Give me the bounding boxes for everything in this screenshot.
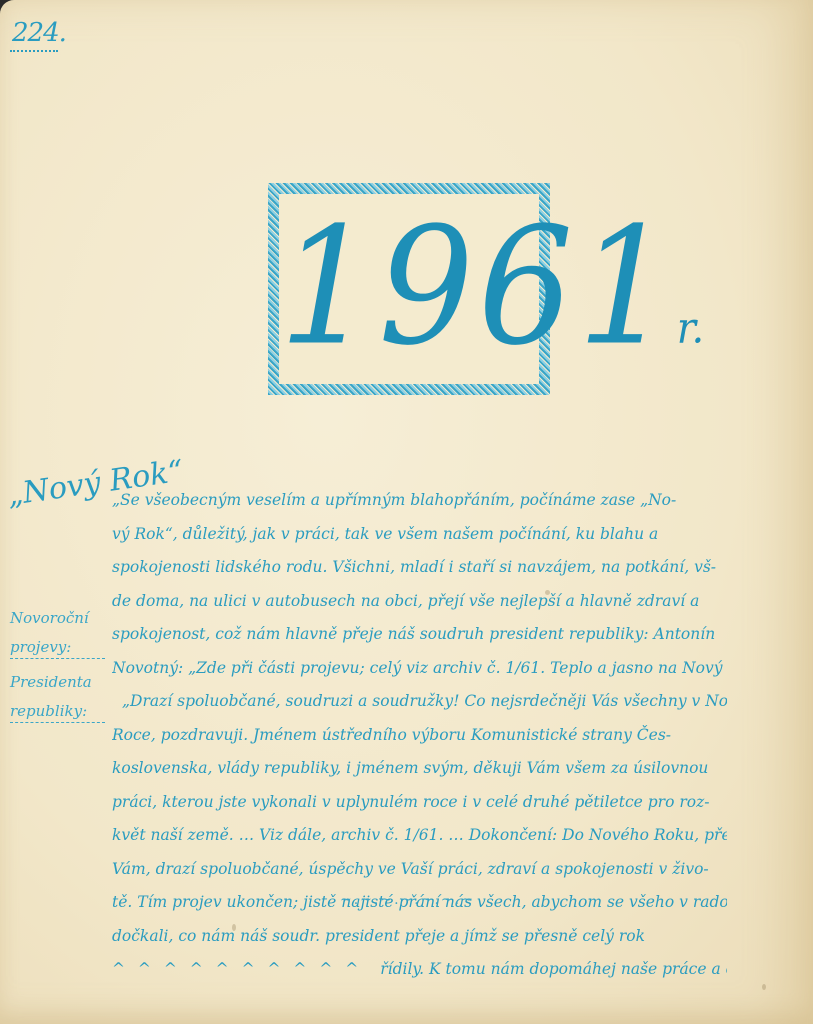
text-line: práci, kterou jste vykonali v uplynulém …: [112, 786, 727, 820]
paper-spot: [232, 924, 236, 931]
text-line: květ naší země. … Viz dále, archiv č. 1/…: [112, 819, 727, 853]
year-title-frame: 1961r.: [268, 183, 550, 395]
text-line: Roce, pozdravuji. Jménem ústředního výbo…: [112, 719, 727, 753]
margin-note-new-year-speeches: Novoroční projevy:: [10, 600, 105, 659]
margin-note-line: Novoroční: [10, 600, 105, 636]
page-number: 224.: [12, 18, 66, 48]
year-title: 1961r.: [279, 196, 539, 421]
paper-spot: [762, 984, 766, 990]
line-filler-marks: ^ ^ ^ ^ ^ ^ ^ ^ ^ ^: [112, 960, 362, 978]
text-line: dočkali, co nám náš soudr. president pře…: [112, 920, 727, 954]
chronicle-page: 224. 1961r. „Nový Rok“ Novoroční projevy…: [0, 0, 813, 1024]
margin-note-line: Presidenta: [10, 664, 105, 700]
margin-note-line: republiky:: [10, 700, 105, 723]
year-title-suffix: r.: [677, 304, 704, 354]
text-line: „Drazí spoluobčané, soudruzi a soudružky…: [112, 685, 727, 719]
text-line: de doma, na ulici v autobusech na obci, …: [112, 585, 727, 619]
paper-spot: [545, 590, 550, 595]
text-line: „Se všeobecným veselím a upřímným blahop…: [112, 484, 727, 518]
end-flourish: ~.~.~.~.~.~.~: [340, 892, 475, 908]
text-line: Vám, drazí spoluobčané, úspěchy ve Vaší …: [112, 853, 727, 887]
text-line: spokojenosti lidského rodu. Všichni, mla…: [112, 551, 727, 585]
margin-note-line: projevy:: [10, 636, 105, 659]
chronicle-body-text: „Se všeobecným veselím a upřímným blahop…: [112, 484, 727, 987]
year-title-digits: 1961: [279, 194, 677, 382]
text-line: řídily. K tomu nám dopomáhej naše práce …: [380, 960, 727, 978]
page-number-underline: [10, 50, 58, 52]
text-line: spokojenost, což nám hlavně přeje náš so…: [112, 618, 727, 652]
text-line: koslovenska, vlády republiky, i jménem s…: [112, 752, 727, 786]
text-line: vý Rok“, důležitý, jak v práci, tak ve v…: [112, 518, 727, 552]
margin-note-president: Presidenta republiky:: [10, 664, 105, 723]
text-line-last: ^ ^ ^ ^ ^ ^ ^ ^ ^ ^řídily. K tomu nám do…: [112, 953, 727, 987]
text-line: Novotný: „Zde při části projevu; celý vi…: [112, 652, 727, 686]
